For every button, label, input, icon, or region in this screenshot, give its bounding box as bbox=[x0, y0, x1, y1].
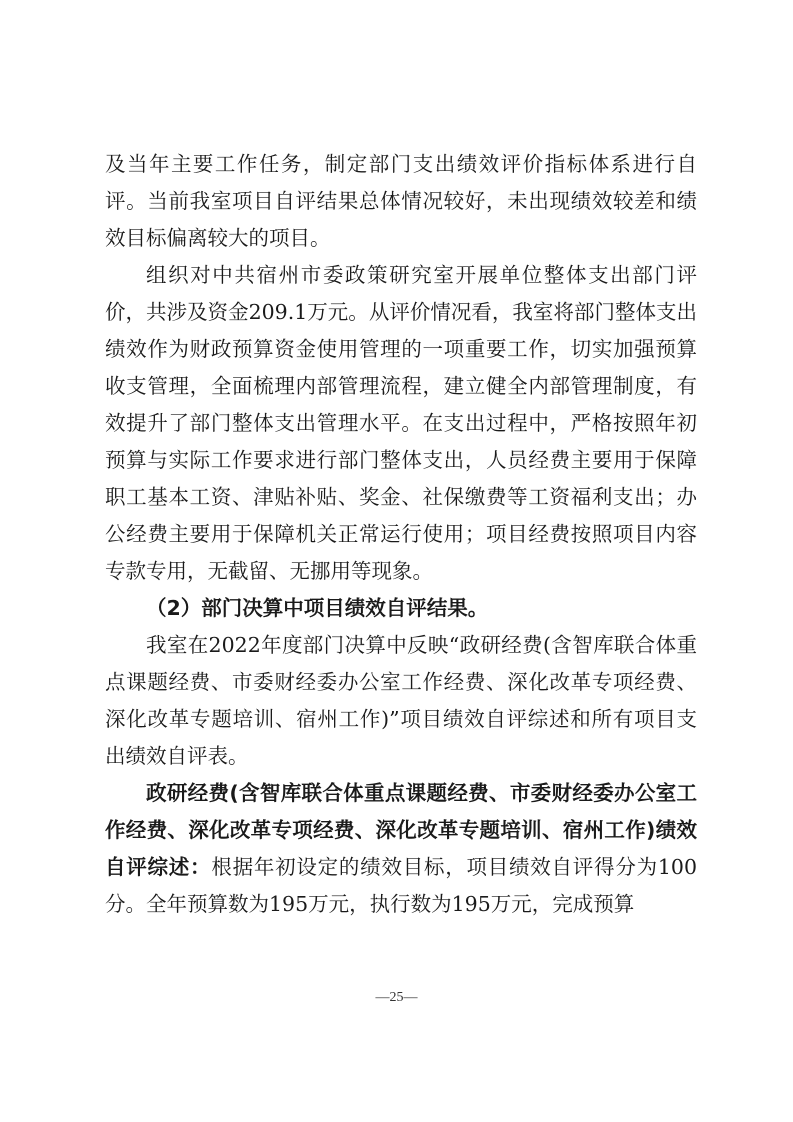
paragraph-2: 组织对中共宿州市委政策研究室开展单位整体支出部门评价，共涉及资金209.1万元。… bbox=[105, 257, 697, 590]
summary-paragraph: 政研经费(含智库联合体重点课题经费、市委财经委办公室工作经费、深化改革专项经费、… bbox=[105, 775, 697, 923]
paragraph-1: 及当年主要工作任务，制定部门支出绩效评价指标体系进行自评。当前我室项目自评结果总… bbox=[105, 146, 697, 257]
section-heading: （2）部门决算中项目绩效自评结果。 bbox=[105, 590, 697, 627]
paragraph-after-heading: 我室在2022年度部门决算中反映“政研经费(含智库联合体重点课题经费、市委财经委… bbox=[105, 627, 697, 775]
document-page: 及当年主要工作任务，制定部门支出绩效评价指标体系进行自评。当前我室项目自评结果总… bbox=[105, 146, 697, 923]
page-number: —25— bbox=[0, 990, 793, 1006]
